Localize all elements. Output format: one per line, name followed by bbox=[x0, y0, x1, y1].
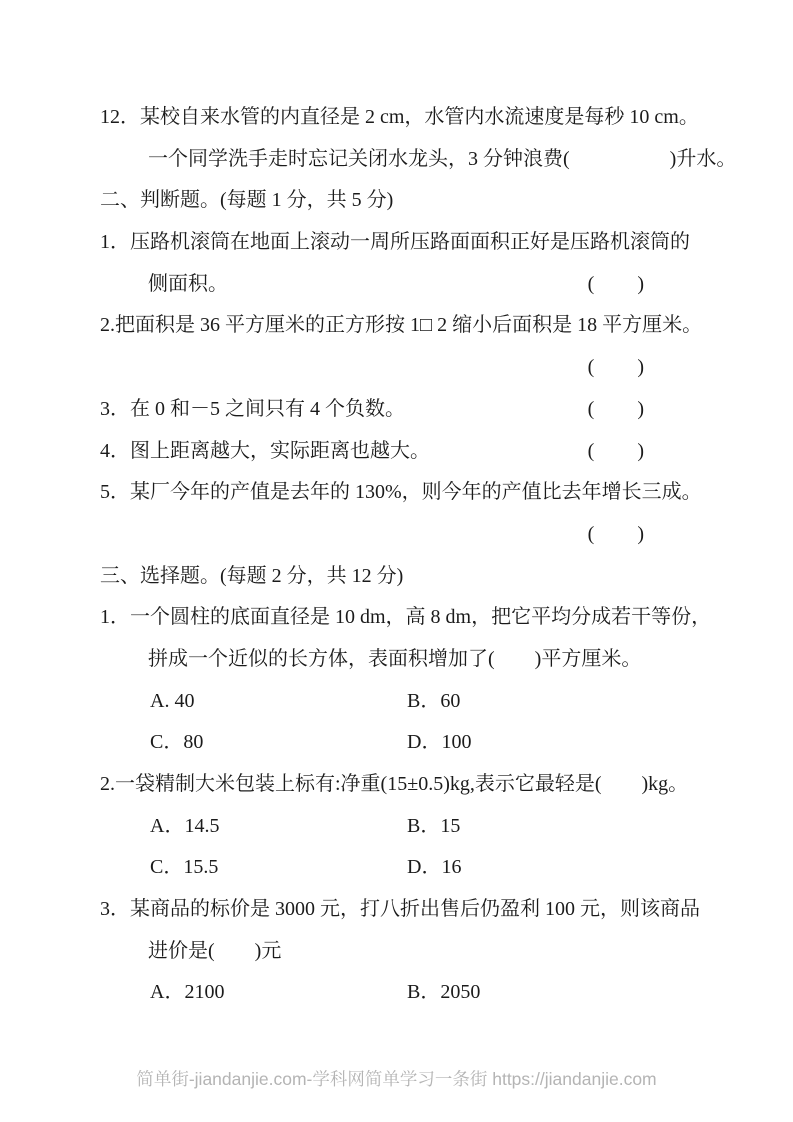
judge-q4-text: 4．图上距离越大，实际距离也越大。 bbox=[100, 431, 430, 473]
judge-q1-line2: 侧面积。 ( ) bbox=[100, 264, 690, 306]
judge-q5-line1: 5．某厂今年的产值是去年的 130%，则今年的产值比去年增长三成。 bbox=[100, 472, 690, 514]
choice-q1-line2: 拼成一个近似的长方体，表面积增加了( )平方厘米。 bbox=[100, 639, 690, 681]
choice-q1-options-row2: C．80 D．100 bbox=[100, 722, 690, 764]
choice-q1-option-b: B．60 bbox=[407, 681, 460, 723]
judge-q4-answer-bracket: ( ) bbox=[588, 431, 645, 473]
choice-q3-options-row1: A．2100 B．2050 bbox=[100, 972, 690, 1014]
choice-q1-option-a: A. 40 bbox=[150, 681, 407, 723]
choice-q1-option-d: D．100 bbox=[407, 722, 471, 764]
judge-section-heading: 二、判断题。(每题 1 分，共 5 分) bbox=[100, 180, 690, 222]
fillin-q12-line1: 12．某校自来水管的内直径是 2 cm，水管内水流速度是每秒 10 cm。 bbox=[100, 97, 690, 139]
judge-q1-answer-bracket: ( ) bbox=[588, 264, 645, 306]
watermark: 简单街-jiandanjie.com-学科网简单学习一条街 https://ji… bbox=[0, 1066, 793, 1092]
choice-q2-option-b: B．15 bbox=[407, 806, 460, 848]
fillin-q12-line2: 一个同学洗手走时忘记关闭水龙头，3 分钟浪费( )升水。 bbox=[100, 139, 690, 181]
judge-q1-line2-text: 侧面积。 bbox=[148, 264, 228, 306]
judge-q1-line1: 1．压路机滚筒在地面上滚动一周所压路面面积正好是压路机滚筒的 bbox=[100, 222, 690, 264]
judge-q2-line1: 2.把面积是 36 平方厘米的正方形按 1□ 2 缩小后面积是 18 平方厘米。 bbox=[100, 305, 690, 347]
choice-section-heading: 三、选择题。(每题 2 分，共 12 分) bbox=[100, 556, 690, 598]
choice-q2-options-row2: C．15.5 D．16 bbox=[100, 847, 690, 889]
choice-q2-option-d: D．16 bbox=[407, 847, 461, 889]
judge-q3-line1: 3．在 0 和－5 之间只有 4 个负数。 ( ) bbox=[100, 389, 690, 431]
choice-q3-option-b: B．2050 bbox=[407, 972, 480, 1014]
choice-q3-line1: 3．某商品的标价是 3000 元，打八折出售后仍盈利 100 元，则该商品 bbox=[100, 889, 690, 931]
choice-q3-option-a: A．2100 bbox=[150, 972, 407, 1014]
judge-q5-answer-bracket: ( ) bbox=[100, 514, 690, 556]
test-paper-page: 12．某校自来水管的内直径是 2 cm，水管内水流速度是每秒 10 cm。 一个… bbox=[0, 0, 793, 1122]
judge-q4-line1: 4．图上距离越大，实际距离也越大。 ( ) bbox=[100, 431, 690, 473]
choice-q2-line1: 2.一袋精制大米包装上标有:净重(15±0.5)kg,表示它最轻是( )kg。 bbox=[100, 764, 690, 806]
choice-q2-options-row1: A．14.5 B．15 bbox=[100, 806, 690, 848]
choice-q1-options-row1: A. 40 B．60 bbox=[100, 681, 690, 723]
choice-q3-line2: 进价是( )元 bbox=[100, 931, 690, 973]
paper-content: 12．某校自来水管的内直径是 2 cm，水管内水流速度是每秒 10 cm。 一个… bbox=[100, 97, 690, 1014]
choice-q2-option-a: A．14.5 bbox=[150, 806, 407, 848]
choice-q2-option-c: C．15.5 bbox=[150, 847, 407, 889]
choice-q1-option-c: C．80 bbox=[150, 722, 407, 764]
judge-q3-text: 3．在 0 和－5 之间只有 4 个负数。 bbox=[100, 389, 405, 431]
judge-q3-answer-bracket: ( ) bbox=[588, 389, 645, 431]
choice-q1-line1: 1．一个圆柱的底面直径是 10 dm，高 8 dm，把它平均分成若干等份， bbox=[100, 597, 690, 639]
judge-q2-answer-bracket: ( ) bbox=[100, 347, 690, 389]
